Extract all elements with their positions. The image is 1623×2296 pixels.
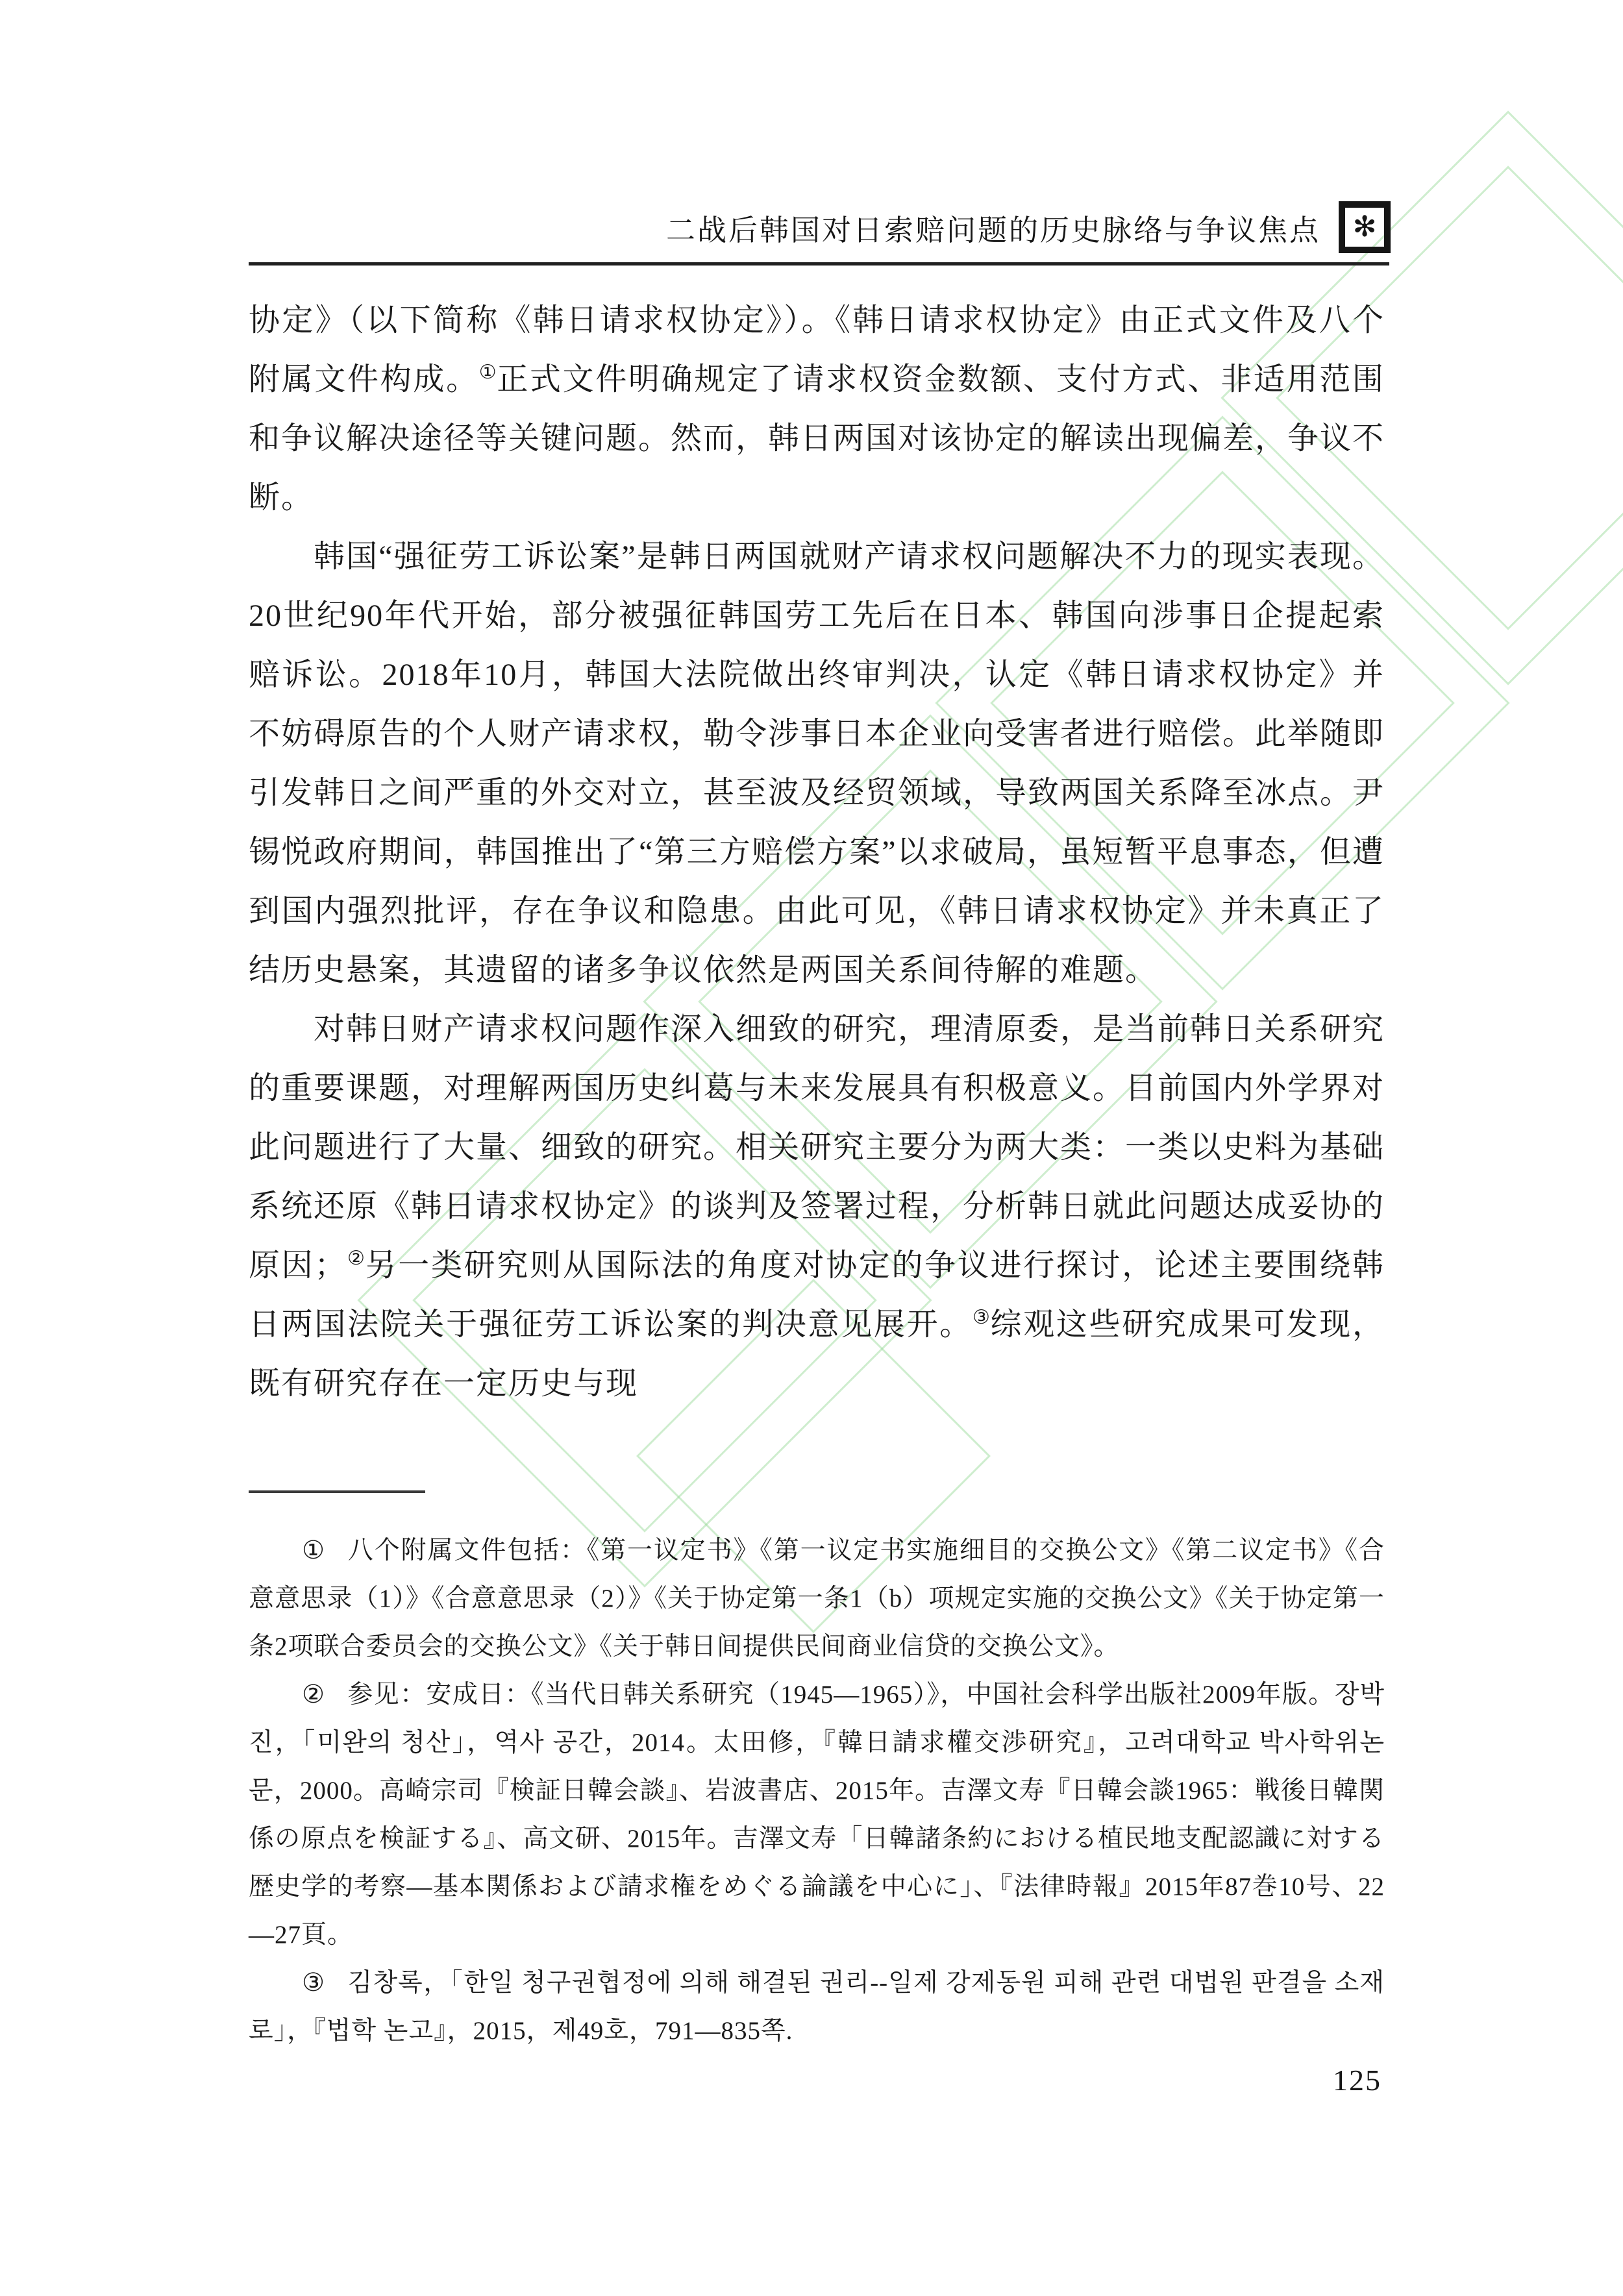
body-text: 协定》（以下简称《韩日请求权协定》）。《韩日请求权协定》由正式文件及八个附属文件… xyxy=(249,291,1385,1413)
footnote-ref-2: ② xyxy=(347,1248,365,1269)
footnote-2: ②参见：安成日：《当代日韩关系研究（1945—1965）》，中国社会科学出版社2… xyxy=(249,1671,1385,1959)
running-head: 二战后韩国对日索赔问题的历史脉络与争议焦点 ✻ xyxy=(666,201,1391,253)
footnote-divider xyxy=(249,1490,425,1493)
footnote-text: 김창록，「한일 청구권협정에 의해 해결된 권리--일제 강제동원 피해 관련 … xyxy=(249,1969,1385,2045)
paragraph-text: 韩国“强征劳工诉讼案”是韩日两国就财产请求权问题解决不力的现实表现。20世纪90… xyxy=(249,539,1385,987)
footnote-marker: ③ xyxy=(302,1969,326,1997)
document-page: 二战后韩国对日索赔问题的历史脉络与争议焦点 ✻ 协定》（以下简称《韩日请求权协定… xyxy=(0,0,1623,2296)
paragraph: 韩国“强征劳工诉讼案”是韩日两国就财产请求权问题解决不力的现实表现。20世纪90… xyxy=(249,527,1385,1000)
footnote-1: ①八个附属文件包括：《第一议定书》《第一议定书实施细目的交换公文》《第二议定书》… xyxy=(249,1527,1385,1671)
footnote-text: 八个附属文件包括：《第一议定书》《第一议定书实施细目的交换公文》《第二议定书》《… xyxy=(249,1537,1385,1660)
footnote-ref-3: ③ xyxy=(973,1307,991,1328)
footnote-marker: ① xyxy=(302,1537,326,1564)
running-head-title: 二战后韩国对日索赔问题的历史脉络与争议焦点 xyxy=(666,206,1320,249)
paragraph: 协定》（以下简称《韩日请求权协定》）。《韩日请求权协定》由正式文件及八个附属文件… xyxy=(249,291,1385,527)
footnote-text: 参见：安成日：《当代日韩关系研究（1945—1965）》，中国社会科学出版社20… xyxy=(249,1681,1385,1949)
paragraph-text: 对韩日财产请求权问题作深入细致的研究，理清原委，是当前韩日关系研究的重要课题，对… xyxy=(249,1012,1385,1283)
footnotes: ①八个附属文件包括：《第一议定书》《第一议定书实施细目的交换公文》《第二议定书》… xyxy=(249,1527,1385,2055)
footnote-ref-1: ① xyxy=(479,362,497,383)
footnote-marker: ② xyxy=(302,1681,325,1709)
header-rule xyxy=(249,262,1389,265)
footnote-3: ③김창록，「한일 청구권협정에 의해 해결된 권리--일제 강제동원 피해 관련… xyxy=(249,1959,1385,2055)
page-number: 125 xyxy=(1333,2063,1381,2097)
paragraph: 对韩日财产请求权问题作深入细致的研究，理清原委，是当前韩日关系研究的重要课题，对… xyxy=(249,1000,1385,1413)
flower-ornament-icon: ✻ xyxy=(1339,201,1391,253)
